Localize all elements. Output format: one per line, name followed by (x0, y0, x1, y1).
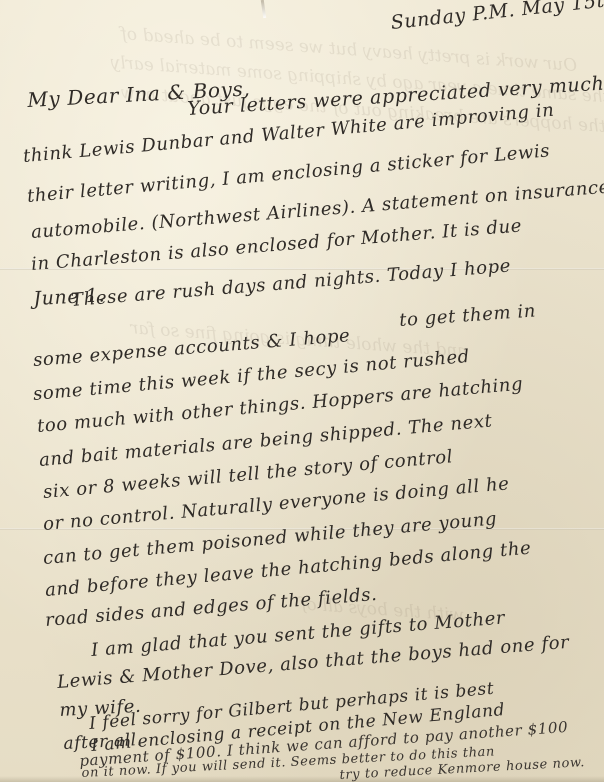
paper-tear (261, 0, 266, 18)
dateline: Sunday P.M. May 15th (390, 0, 604, 34)
letter-page: Our work is pretty heavy but we seem to … (0, 0, 604, 782)
letter-line: to get them in (399, 300, 537, 331)
